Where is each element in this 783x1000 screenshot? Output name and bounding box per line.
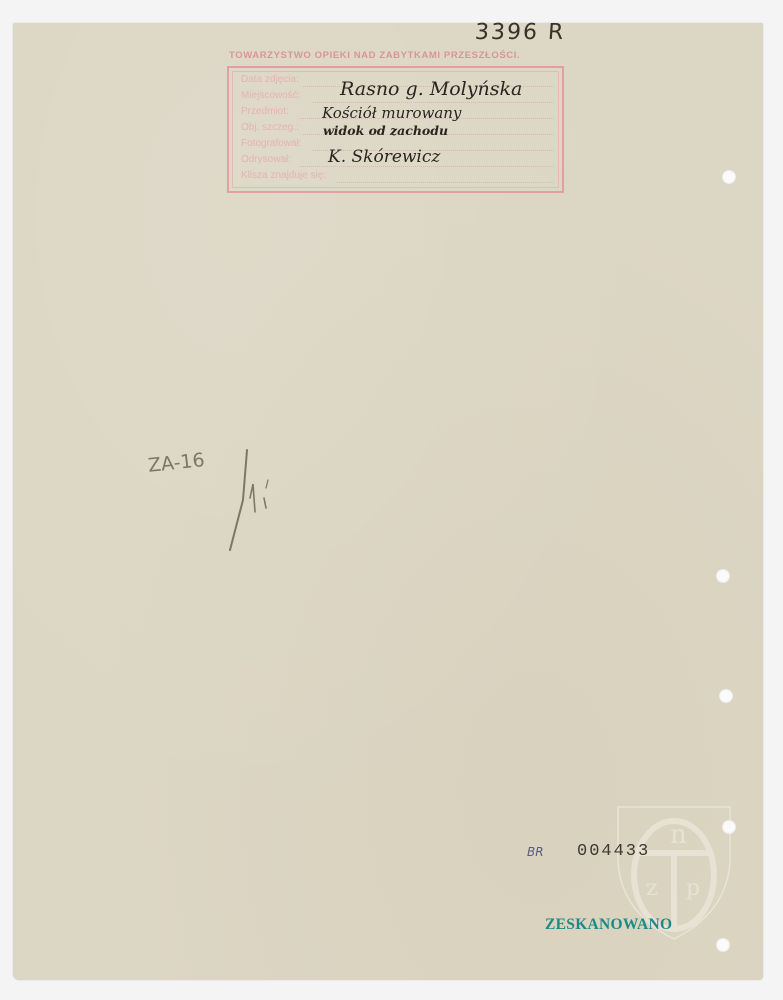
pencil-fraction-mark	[220, 440, 280, 555]
stamp-field-label: Klisza znajduje się:	[241, 170, 326, 181]
svg-text:z: z	[646, 876, 658, 901]
stamp-field-label: Data zdjęcia:	[241, 74, 299, 85]
dotted-line	[337, 182, 554, 183]
handwritten-subject: Kościół murowany	[322, 104, 461, 122]
svg-text:n: n	[670, 820, 687, 850]
stamp-field-label: Fotografował:	[241, 138, 302, 149]
stamp-field-label: Przedmiot:	[241, 106, 289, 117]
stamp-field-plate-location: Klisza znajduje się:	[241, 170, 554, 185]
svg-text:p: p	[686, 876, 700, 901]
inventory-prefix: BR	[527, 845, 544, 859]
scanned-stamp: ZESKANOWANO	[545, 916, 672, 934]
stamp-header: TOWARZYSTWO OPIEKI NAD ZABYTKAMI PRZESZŁ…	[229, 50, 569, 61]
punch-hole	[716, 569, 730, 583]
stamp-field-label: Odrysował:	[241, 154, 291, 165]
inventory-number: 004433	[577, 842, 650, 861]
handwritten-detail: widok od zachodu	[323, 123, 448, 138]
dotted-line	[313, 102, 554, 103]
handwritten-location: Rasno g. Molyńska	[340, 78, 522, 100]
stamp-field-label: Obj. szczeg.:	[241, 122, 299, 133]
handwritten-drawn-by: K. Skórewicz	[328, 147, 440, 167]
punch-hole	[719, 689, 733, 703]
punch-hole	[722, 170, 736, 184]
reference-number: 3396 R	[474, 20, 566, 45]
stamp-field-label: Miejscowość:	[241, 90, 300, 101]
